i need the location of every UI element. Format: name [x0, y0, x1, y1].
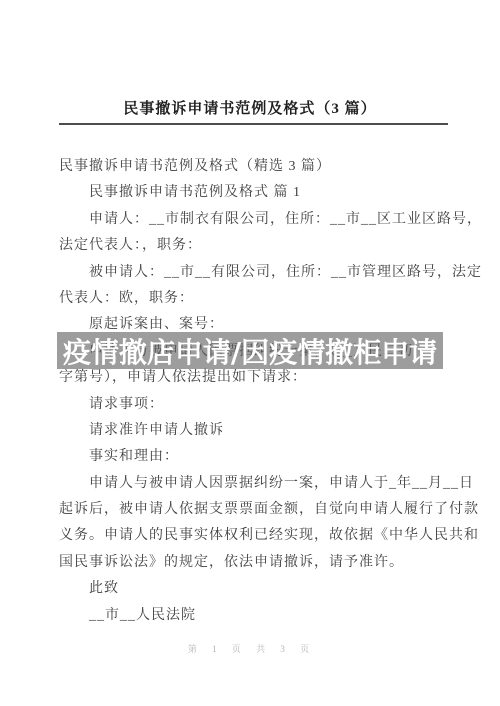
watermark-banner-text: 疫情撤店申请/因疫情撤柜申请: [63, 331, 437, 371]
document-line: 请求准许申请人撤诉: [59, 418, 448, 444]
document-line: 民事撤诉申请书范例及格式（精选 3 篇）: [59, 154, 448, 180]
document-line: 国民事诉讼法》的规定，依法申请撤诉，请予准许。: [59, 550, 448, 576]
title-divider: [59, 123, 448, 125]
watermark-banner: 疫情撤店申请/因疫情撤柜申请: [57, 332, 443, 369]
document-line: 申请人：__市制衣有限公司，住所：__市__区工业区路号，: [59, 207, 448, 233]
document-line: 法定代表人：，职务：: [59, 233, 448, 259]
document-line: 代表人：欧，职务：: [59, 286, 448, 312]
page-number: 第 1 页 共 3 页: [0, 642, 500, 655]
document-page: 民事撤诉申请书范例及格式（3 篇） 民事撤诉申请书范例及格式（精选 3 篇）民事…: [0, 0, 500, 706]
page-title: 民事撤诉申请书范例及格式（3 篇）: [0, 97, 500, 118]
document-line: 此致: [59, 576, 448, 602]
document-line: 民事撤诉申请书范例及格式 篇 1: [59, 180, 448, 206]
document-line: 请求事项：: [59, 392, 448, 418]
document-line: 起诉后，被申请人依据支票票面金额，自觉向申请人履行了付款: [59, 497, 448, 523]
document-line: 事实和理由：: [59, 444, 448, 470]
document-line: 义务。申请人的民事实体权利已经实现，故依据《中华人民共和: [59, 523, 448, 549]
document-line: 申请人与被申请人因票据纠纷一案，申请人于_年__月__日: [59, 471, 448, 497]
document-line: __市__人民法院: [59, 603, 448, 629]
document-body: 民事撤诉申请书范例及格式（精选 3 篇）民事撤诉申请书范例及格式 篇 1申请人：…: [59, 154, 448, 629]
document-line: 被申请人：__市__有限公司，住所：__市管理区路号，法定: [59, 260, 448, 286]
